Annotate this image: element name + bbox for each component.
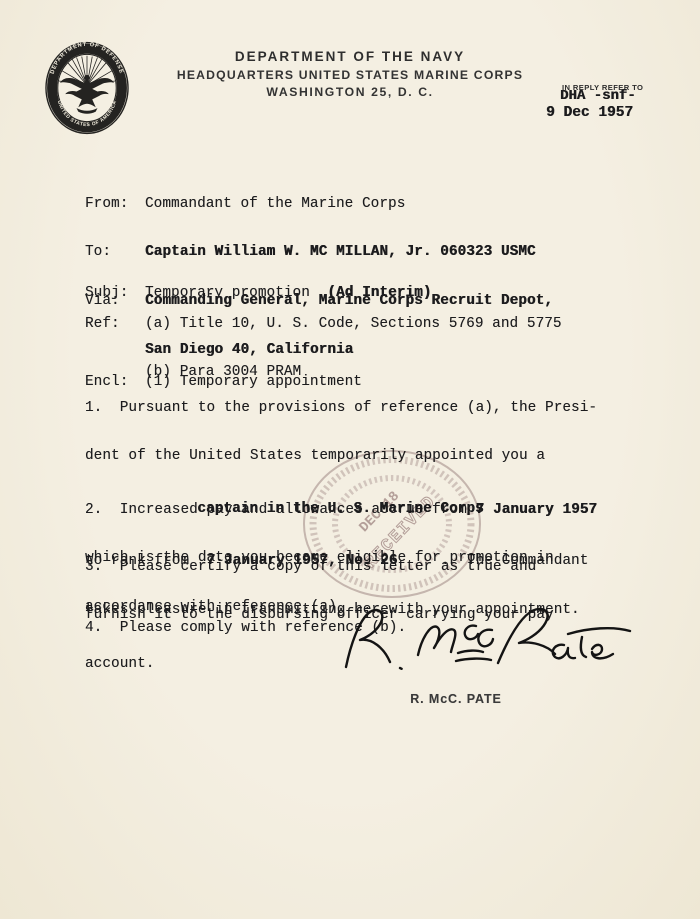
para1-line1: 1. Pursuant to the provisions of referen…	[85, 400, 630, 416]
letter-date: 9 Dec 1957	[546, 105, 696, 121]
letterhead: DEPARTMENT OF THE NAVY HEADQUARTERS UNIT…	[150, 49, 550, 99]
signature-handwritten	[318, 597, 653, 689]
letterhead-line3: WASHINGTON 25, D. C.	[150, 85, 550, 99]
ref-label: Ref:	[85, 316, 145, 332]
reply-refer-block: IN REPLY REFER TO DHA -snf- 9 Dec 1957	[546, 83, 696, 121]
reply-refer-code: DHA -snf-	[560, 88, 696, 104]
received-stamp: DEC 18 RECEIVED	[294, 444, 490, 608]
from-value: Commandant of the Marine Corps	[145, 196, 405, 212]
para2-bold-date: 7 January 1957	[476, 502, 598, 518]
department-of-defense-seal: DEPARTMENT OF DEFENSE UNITED STATES OF A…	[43, 40, 131, 136]
from-label: From:	[85, 196, 145, 212]
ref-item-a: (a) Title 10, U. S. Code, Sections 5769 …	[145, 316, 562, 332]
signature-typed-name: R. McC. PATE	[376, 692, 536, 706]
stamp-status-text: RECEIVED	[362, 492, 441, 573]
routing-from-row: From: Commandant of the Marine Corps	[85, 196, 630, 212]
letterhead-line2: HEADQUARTERS UNITED STATES MARINE CORPS	[150, 68, 550, 82]
reference-row-a: Ref: (a) Title 10, U. S. Code, Sections …	[85, 316, 630, 332]
scanned-letter-page: DEPARTMENT OF DEFENSE UNITED STATES OF A…	[0, 0, 700, 919]
letterhead-line1: DEPARTMENT OF THE NAVY	[150, 49, 550, 64]
